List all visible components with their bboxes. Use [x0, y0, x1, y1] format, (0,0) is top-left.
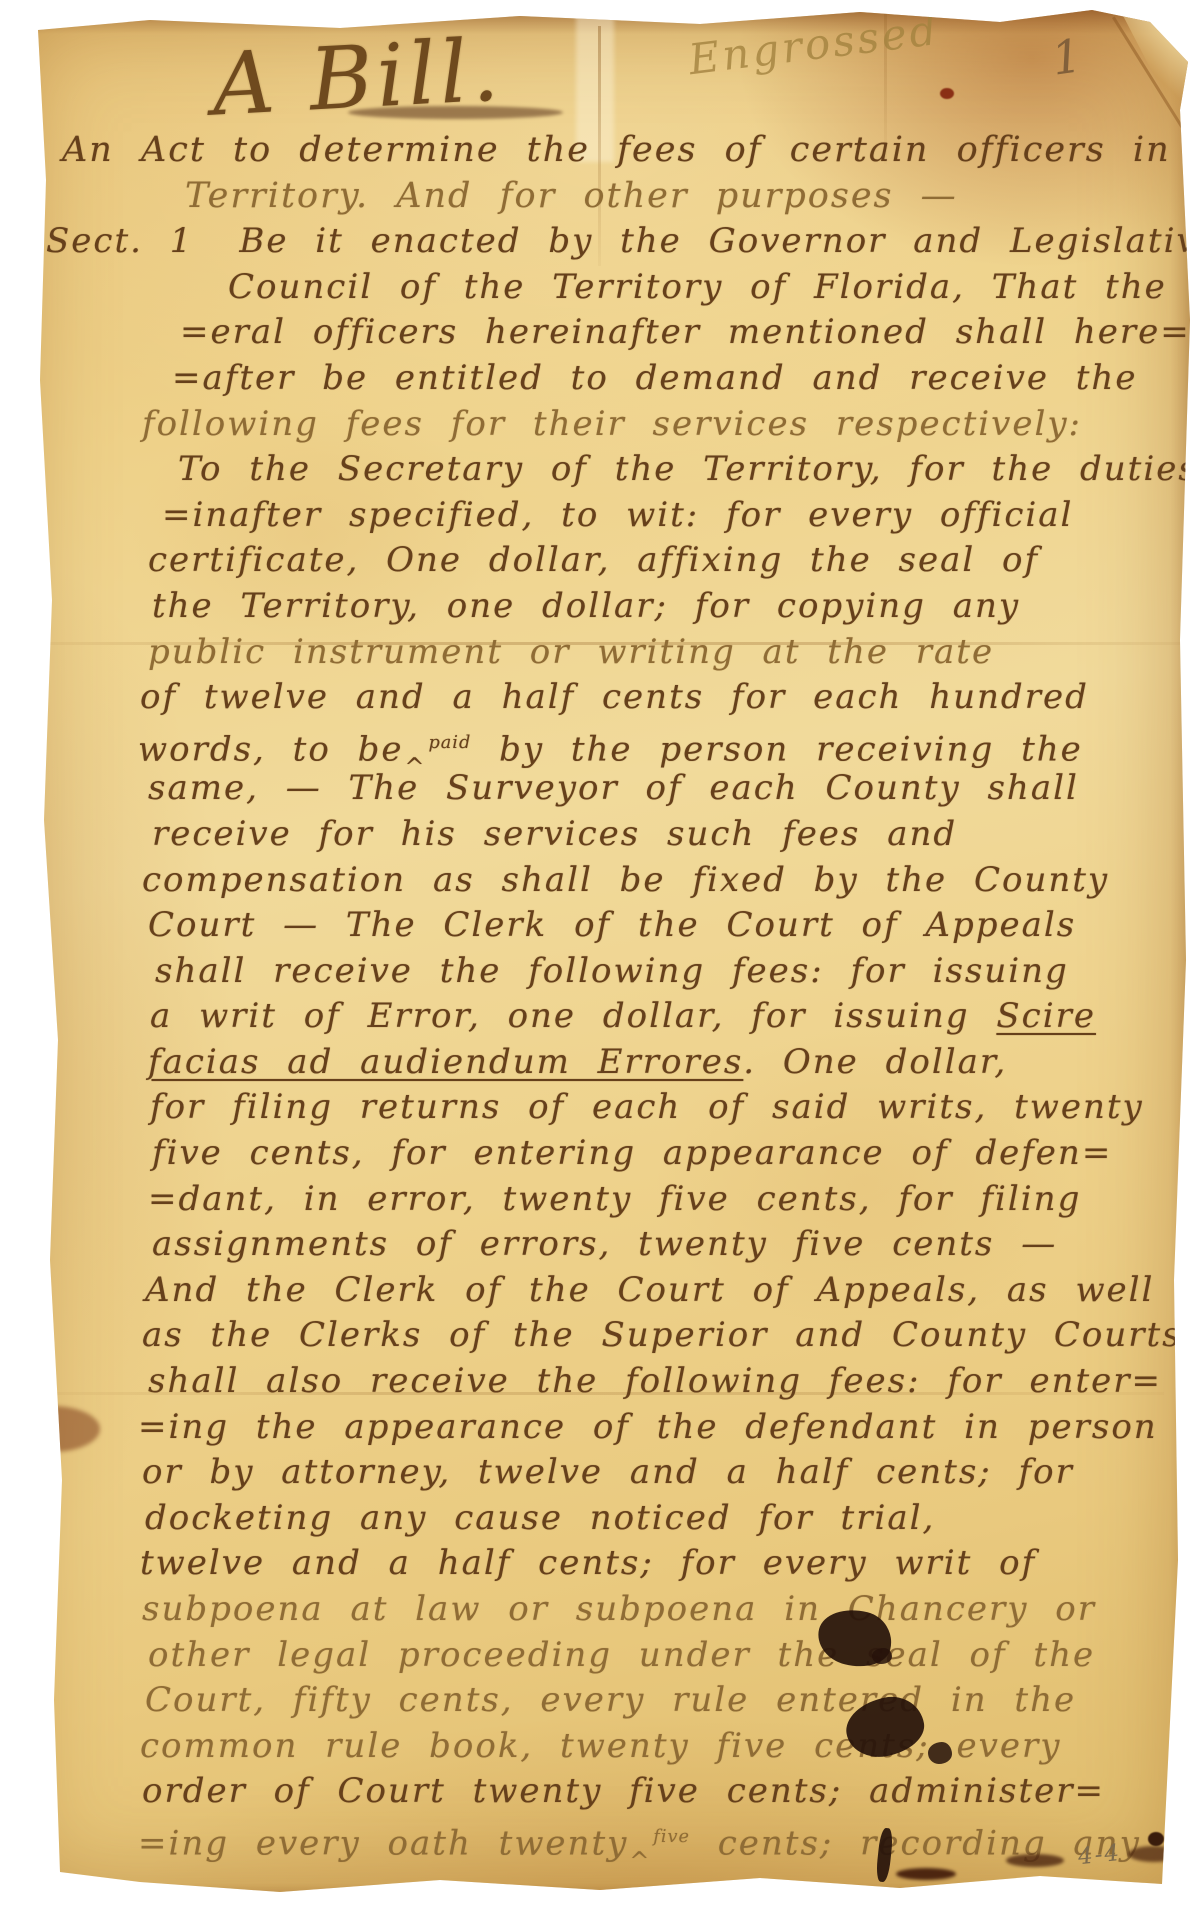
manuscript-line: words, to be^paid by the person receivin… [0, 721, 1200, 767]
line-text: five cents, for entering appearance of d… [152, 1133, 1112, 1173]
line-text: =ing the appearance of the defendant in … [138, 1407, 1158, 1447]
manuscript-line: compensation as shall be fixed by the Co… [0, 858, 1200, 904]
manuscript-line: =eral officers hereinafter mentioned sha… [0, 310, 1200, 356]
manuscript-line: common rule book, twenty five cents; eve… [0, 1724, 1200, 1770]
ink-smear [1128, 1846, 1180, 1862]
ink-smear [896, 1868, 956, 1880]
line-text: assignments of errors, twenty five cents… [152, 1224, 1057, 1264]
manuscript-line: =ing the appearance of the defendant in … [0, 1405, 1200, 1451]
line-text: a writ of Error, one dollar, for issuing [150, 996, 996, 1036]
manuscript-line: a writ of Error, one dollar, for issuing… [0, 994, 1200, 1040]
underlined-phrase: facias ad audiendum Errores [148, 1042, 743, 1082]
manuscript-line: receive for his services such fees and [0, 812, 1200, 858]
red-speck [940, 88, 954, 99]
line-text: =after be entitled to demand and receive… [172, 358, 1137, 398]
ink-smudge [348, 106, 563, 119]
ink-smear [1006, 1854, 1064, 1867]
manuscript-line: =dant, in error, twenty five cents, for … [0, 1177, 1200, 1223]
underlined-phrase: Scire [996, 996, 1096, 1036]
line-text: Court, fifty cents, every rule entered i… [145, 1680, 1076, 1720]
line-text: shall also receive the following fees: f… [148, 1361, 1162, 1401]
edge-stain [4, 1406, 100, 1452]
manuscript-line: Council of the Territory of Florida, Tha… [0, 265, 1200, 311]
line-text: certificate, One dollar, affixing the se… [148, 540, 1039, 580]
manuscript-line: An Act to determine the fees of certain … [0, 128, 1200, 174]
manuscript-line: And the Clerk of the Court of Appeals, a… [0, 1268, 1200, 1314]
manuscript-line: or by attorney, twelve and a half cents;… [0, 1450, 1200, 1496]
page-number: 1 [1048, 28, 1085, 86]
line-text: docketing any cause noticed for trial, [145, 1498, 935, 1538]
manuscript-line: =ing every oath twenty^five cents; recor… [0, 1815, 1200, 1861]
manuscript-line: five cents, for entering appearance of d… [0, 1131, 1200, 1177]
manuscript-line: public instrument or writing at the rate [0, 630, 1200, 676]
manuscript-line: facias ad audiendum Errores. One dollar, [0, 1040, 1200, 1086]
manuscript-line: subpoena at law or subpoena in Chancery … [0, 1587, 1200, 1633]
line-text: other legal proceeding under the seal of… [148, 1635, 1095, 1675]
manuscript-line: Court, fifty cents, every rule entered i… [0, 1678, 1200, 1724]
line-text: =eral officers hereinafter mentioned sha… [180, 312, 1191, 352]
manuscript-line: docketing any cause noticed for trial, [0, 1496, 1200, 1542]
line-text: words, to be [138, 729, 403, 769]
manuscript-line: Territory. And for other purposes — [0, 174, 1200, 220]
line-text: Council of the Territory of Florida, Tha… [228, 267, 1200, 307]
manuscript-lines: An Act to determine the fees of certain … [0, 128, 1200, 1861]
line-text: Territory. And for other purposes — [185, 176, 958, 216]
line-text: public instrument or writing at the rate [148, 632, 994, 672]
line-text: same, — The Surveyor of each County shal… [148, 768, 1079, 808]
line-text: for filing returns of each of said writs… [150, 1087, 1144, 1127]
manuscript-line: same, — The Surveyor of each County shal… [0, 766, 1200, 812]
manuscript-line: following fees for their services respec… [0, 402, 1200, 448]
caret-mark: ^ [404, 745, 426, 791]
manuscript-line: Court — The Clerk of the Court of Appeal… [0, 903, 1200, 949]
manuscript-line: To the Secretary of the Territory, for t… [0, 447, 1200, 493]
manuscript-line: as the Clerks of the Superior and County… [0, 1313, 1200, 1359]
line-text: twelve and a half cents; for every writ … [140, 1543, 1036, 1583]
line-text: receive for his services such fees and [152, 814, 957, 854]
manuscript-page: Engrossed 1 A Bill. An Act to determine … [0, 0, 1200, 1909]
manuscript-line: certificate, One dollar, affixing the se… [0, 538, 1200, 584]
manuscript-line: twelve and a half cents; for every writ … [0, 1541, 1200, 1587]
ink-blot [928, 1742, 952, 1764]
line-text: =inafter specified, to wit: for every of… [162, 495, 1073, 535]
manuscript-line: Sect. 1Be it enacted by the Governor and… [0, 219, 1200, 265]
line-text: subpoena at law or subpoena in Chancery … [142, 1589, 1096, 1629]
manuscript-line: =after be entitled to demand and receive… [0, 356, 1200, 402]
line-text: order of Court twenty five cents; admini… [142, 1771, 1105, 1811]
line-text: the Territory, one dollar; for copying a… [152, 586, 1020, 626]
manuscript-line: other legal proceeding under the seal of… [0, 1633, 1200, 1679]
line-text: . One dollar, [743, 1042, 1007, 1082]
manuscript-line: the Territory, one dollar; for copying a… [0, 584, 1200, 630]
manuscript-line: order of Court twenty five cents; admini… [0, 1769, 1200, 1815]
manuscript-line: for filing returns of each of said writs… [0, 1085, 1200, 1131]
line-text: or by attorney, twelve and a half cents;… [142, 1452, 1074, 1492]
line-text: by the person receiving the [472, 729, 1082, 769]
inserted-word: five [653, 1827, 690, 1847]
line-text: shall receive the following fees: for is… [155, 951, 1069, 991]
section-label: Sect. 1 [46, 221, 193, 261]
ink-blot [872, 1648, 892, 1664]
line-text: compensation as shall be fixed by the Co… [142, 860, 1109, 900]
ink-dot [1148, 1832, 1164, 1846]
line-text: of twelve and a half cents for each hund… [140, 677, 1089, 717]
manuscript-line: shall also receive the following fees: f… [0, 1359, 1200, 1405]
archive-note: 4-4 [1077, 1840, 1123, 1870]
line-text: =dant, in error, twenty five cents, for … [148, 1179, 1081, 1219]
line-text: as the Clerks of the Superior and County… [142, 1315, 1194, 1355]
line-text: To the Secretary of the Territory, for t… [178, 449, 1200, 489]
manuscript-line: assignments of errors, twenty five cents… [0, 1222, 1200, 1268]
manuscript-line: =inafter specified, to wit: for every of… [0, 493, 1200, 539]
line-text: Court — The Clerk of the Court of Appeal… [148, 905, 1076, 945]
line-text: following fees for their services respec… [142, 404, 1082, 444]
caret-mark: ^ [629, 1839, 651, 1885]
line-text: =ing every oath twenty [138, 1823, 628, 1863]
line-text: Be it enacted by the Governor and Legisl… [239, 221, 1200, 261]
inserted-word: paid [428, 733, 471, 753]
line-text: And the Clerk of the Court of Appeals, a… [145, 1270, 1154, 1310]
manuscript-line: of twelve and a half cents for each hund… [0, 675, 1200, 721]
line-text: An Act to determine the fees of certain … [62, 130, 1200, 170]
line-text: cents; recording any [691, 1823, 1141, 1863]
manuscript-line: shall receive the following fees: for is… [0, 949, 1200, 995]
